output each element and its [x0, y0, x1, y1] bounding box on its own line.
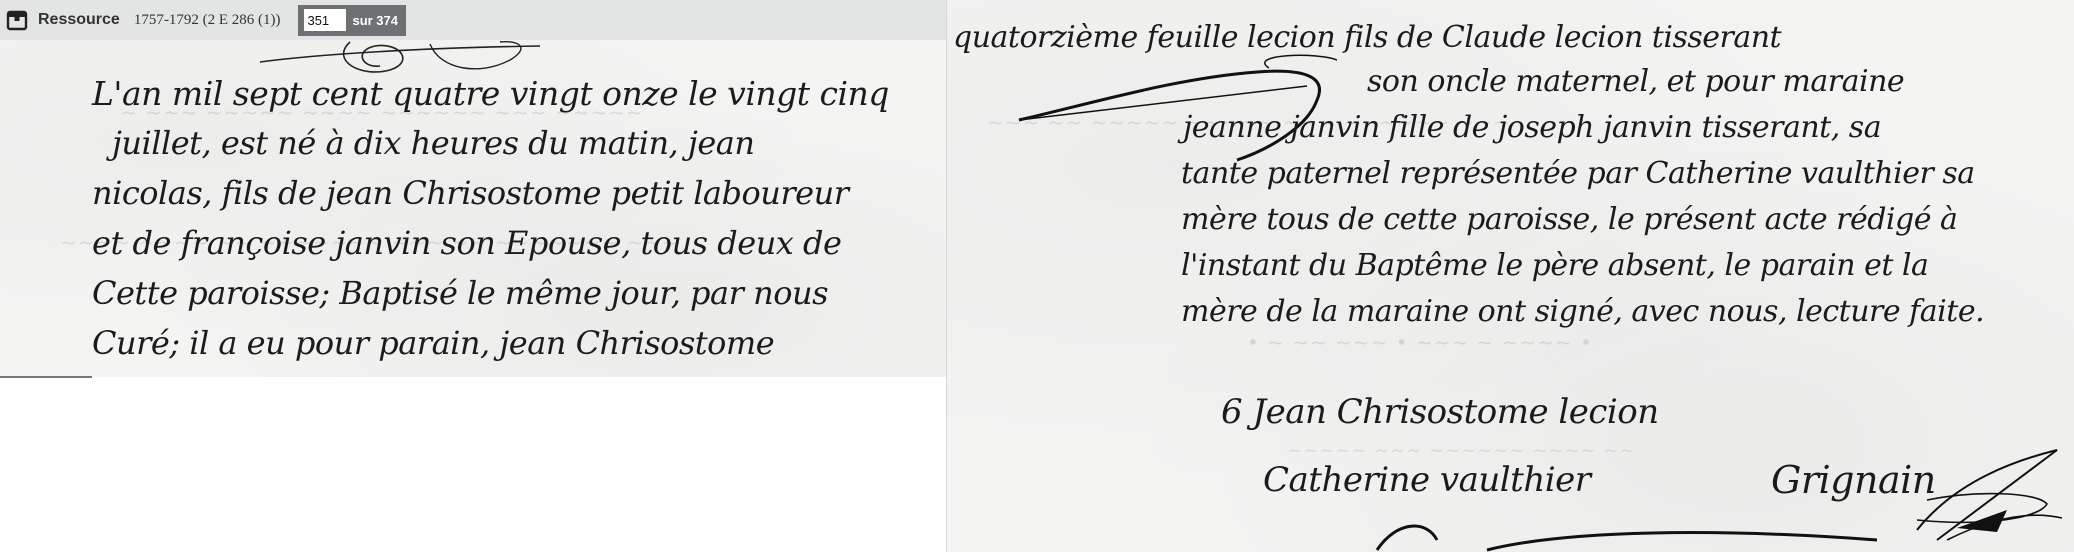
- scroll-position-indicator[interactable]: [0, 376, 92, 378]
- ink-flourish: [1367, 510, 1887, 552]
- page-navigator: sur 374: [298, 5, 406, 36]
- handwritten-line: mère de la maraine ont signé, avec nous,…: [1181, 294, 1984, 329]
- page-number-input[interactable]: [304, 9, 346, 31]
- viewer-left-panel: Ressource 1757-1792 (2 E 286 (1)) sur 37…: [0, 0, 946, 552]
- document-scan-left[interactable]: ~ ~~~ ~~~~~ ~~~~ ~~~~~~ ~~~ ~~~~~ ~~~~ ~…: [0, 40, 946, 377]
- handwritten-line: tante paternel représentée par Catherine…: [1181, 156, 1975, 191]
- handwritten-line: son oncle maternel, et pour maraine: [1367, 64, 1904, 99]
- handwritten-line: juillet, est né à dix heures du matin, j…: [112, 124, 754, 162]
- handwritten-line: Cette paroisse; Baptisé le même jour, pa…: [92, 274, 828, 312]
- bleed-through-text: • ~ ~~ ~~~ • ~~~ ~ ~~~~ •: [1247, 330, 1593, 354]
- resource-header-bar: Ressource 1757-1792 (2 E 286 (1)) sur 37…: [0, 0, 946, 40]
- handwritten-line: l'instant du Baptême le père absent, le …: [1181, 248, 1928, 283]
- handwritten-line: L'an mil sept cent quatre vingt onze le …: [92, 74, 889, 113]
- handwritten-line: Curé; il a eu pour parain, jean Chrisost…: [92, 324, 774, 362]
- handwritten-line: quatorzième feuille lecion fils de Claud…: [953, 20, 1781, 55]
- handwritten-line: et de françoise janvin son Epouse, tous …: [92, 224, 841, 262]
- resource-label: Ressource: [38, 11, 120, 29]
- page-total-label: sur 374: [352, 13, 398, 28]
- resource-title: 1757-1792 (2 E 286 (1)): [134, 12, 281, 29]
- signature: Catherine vaulthier: [1263, 460, 1590, 500]
- bleed-through-text: ~~~~~ ~~~ ~~~~~~ ~~~~ ~~: [1287, 440, 1636, 461]
- signature: 6 Jean Chrisostome lecion: [1221, 392, 1659, 432]
- document-scan-right[interactable]: ~~~ ~~ ~~~~~ ~~~~~ ~~~ ~~~~~~ ~~~ • ~ ~~…: [946, 0, 2074, 552]
- handwritten-line: mère tous de cette paroisse, le présent …: [1181, 202, 1957, 237]
- archive-box-icon: [6, 9, 28, 31]
- signature-paraph: [1897, 440, 2067, 552]
- handwritten-line: nicolas, fils de jean Chrisostome petit …: [92, 174, 849, 212]
- handwritten-line: jeanne janvin fille de joseph janvin tis…: [1183, 110, 1881, 145]
